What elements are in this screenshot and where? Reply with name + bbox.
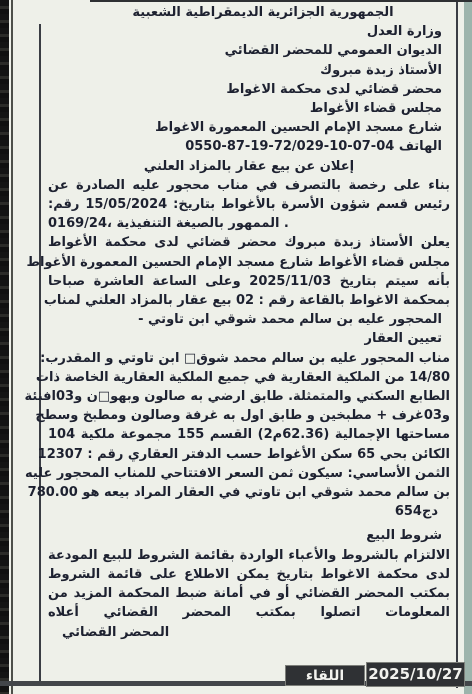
address-line: شارع مسجد الإمام الحسين المعمورة الاغواط — [46, 118, 452, 137]
judicial-council-line: مجلس قضاء الأغواط — [46, 99, 452, 118]
notice-frame-right — [456, 0, 458, 688]
announce-paragraph-line-1: يعلن الأستاذ زبدة مبروك محضر قضائي لدى م… — [46, 233, 452, 252]
phone-line: الهاتف 04-07-10-72/029-19-87-0550 — [46, 137, 452, 156]
scan-edge-left — [0, 0, 9, 694]
republic-title: الجمهورية الجزائرية الديمقراطية الشعبية — [60, 3, 466, 22]
permit-paragraph-line-3: 0169/24، الممهور بالصيغة التنفيذية . — [46, 214, 452, 233]
property-line-5: مساحتها الإجمالية (62.36م2) القسم 155 مج… — [46, 425, 452, 444]
price-paragraph-line-1: الثمن الأساسي: سيكون ثمن السعر الافتتاحي… — [46, 464, 452, 483]
publication-date-stamp: 2025/10/27 — [367, 663, 464, 686]
permit-paragraph-line-2: رئيس قسم شؤون الأسرة بالأغواط بتاريخ: 15… — [46, 195, 452, 214]
sale-conditions-heading: شروط البيع — [46, 526, 452, 545]
price-amount-line: 654دج — [46, 502, 452, 521]
announce-paragraph-line-5: المحجور عليه بن سالم محمد شوقي ابن تاوتي… — [46, 310, 452, 329]
conditions-line-4: المعلومات اتصلوا بمكتب المحضر القضائي أع… — [46, 603, 452, 622]
conditions-line-2: لدى محكمة الاغواط بتاريخ يمكن الاطلاع عل… — [46, 565, 452, 584]
bailiff-title-line: محضر قضائي لدى محكمة الاغواط — [46, 80, 452, 99]
permit-paragraph-line-1: بناء على رخصة بالتصرف في مناب محجور عليه… — [46, 176, 452, 195]
notice-text-column: الجمهورية الجزائرية الديمقراطية الشعبية … — [46, 3, 452, 642]
property-line-1: مناب المحجور عليه بن سالم محمد شوق□ ابن … — [46, 349, 452, 368]
bailiff-office-line: الديوان العمومي للمحضر القضائي — [46, 41, 452, 60]
scan-edge-right — [464, 0, 472, 694]
property-designation-heading: تعيين العقار — [46, 329, 452, 348]
conditions-line-3: بمكتب المحضر القضائي أو في أمانة ضبط الم… — [46, 584, 452, 603]
property-line-2: 14/80 من الملكية العقارية في جميع الملكي… — [46, 368, 452, 387]
auction-heading: إعلان عن بيع عقار بالمزاد العلني — [46, 157, 452, 176]
signature-line: المحضر القضائي — [46, 623, 452, 642]
announce-paragraph-line-2: مجلس قضاء الأغواط شارع مسجد الإمام الحسي… — [46, 253, 452, 272]
conditions-line-1: الالتزام بالشروط والأعباء الواردة بقائمة… — [46, 546, 452, 565]
ministry-line: وزارة العدل — [46, 22, 452, 41]
notice-frame-top — [90, 0, 472, 2]
newspaper-section-stamp: اللقاء — [286, 666, 364, 685]
announce-paragraph-line-3: بأنه سيتم بتاريخ 2025/11/03 وعلى الساعة … — [46, 272, 452, 291]
property-line-6: الكائن بحي 65 سكن الأغواط حسب الدفتر الع… — [46, 445, 452, 464]
scan-border-line-left — [11, 0, 13, 694]
price-paragraph-line-2: بن سالم محمد شوقي ابن تاوتي في العقار ال… — [46, 483, 452, 502]
bailiff-name-line: الأستاذ زبدة مبروك — [46, 61, 452, 80]
property-line-4: و03غرف + مطبخين و طابق اول به غرفة وصالو… — [46, 406, 452, 425]
scanned-legal-notice-page: الجمهورية الجزائرية الديمقراطية الشعبية … — [0, 0, 472, 694]
property-line-3: الطابع السكني والمتمثلة. طابق ارضي به صا… — [46, 387, 452, 406]
announce-paragraph-line-4: بمحكمة الاغواط بالقاعة رقم : 02 بيع عقار… — [46, 291, 452, 310]
